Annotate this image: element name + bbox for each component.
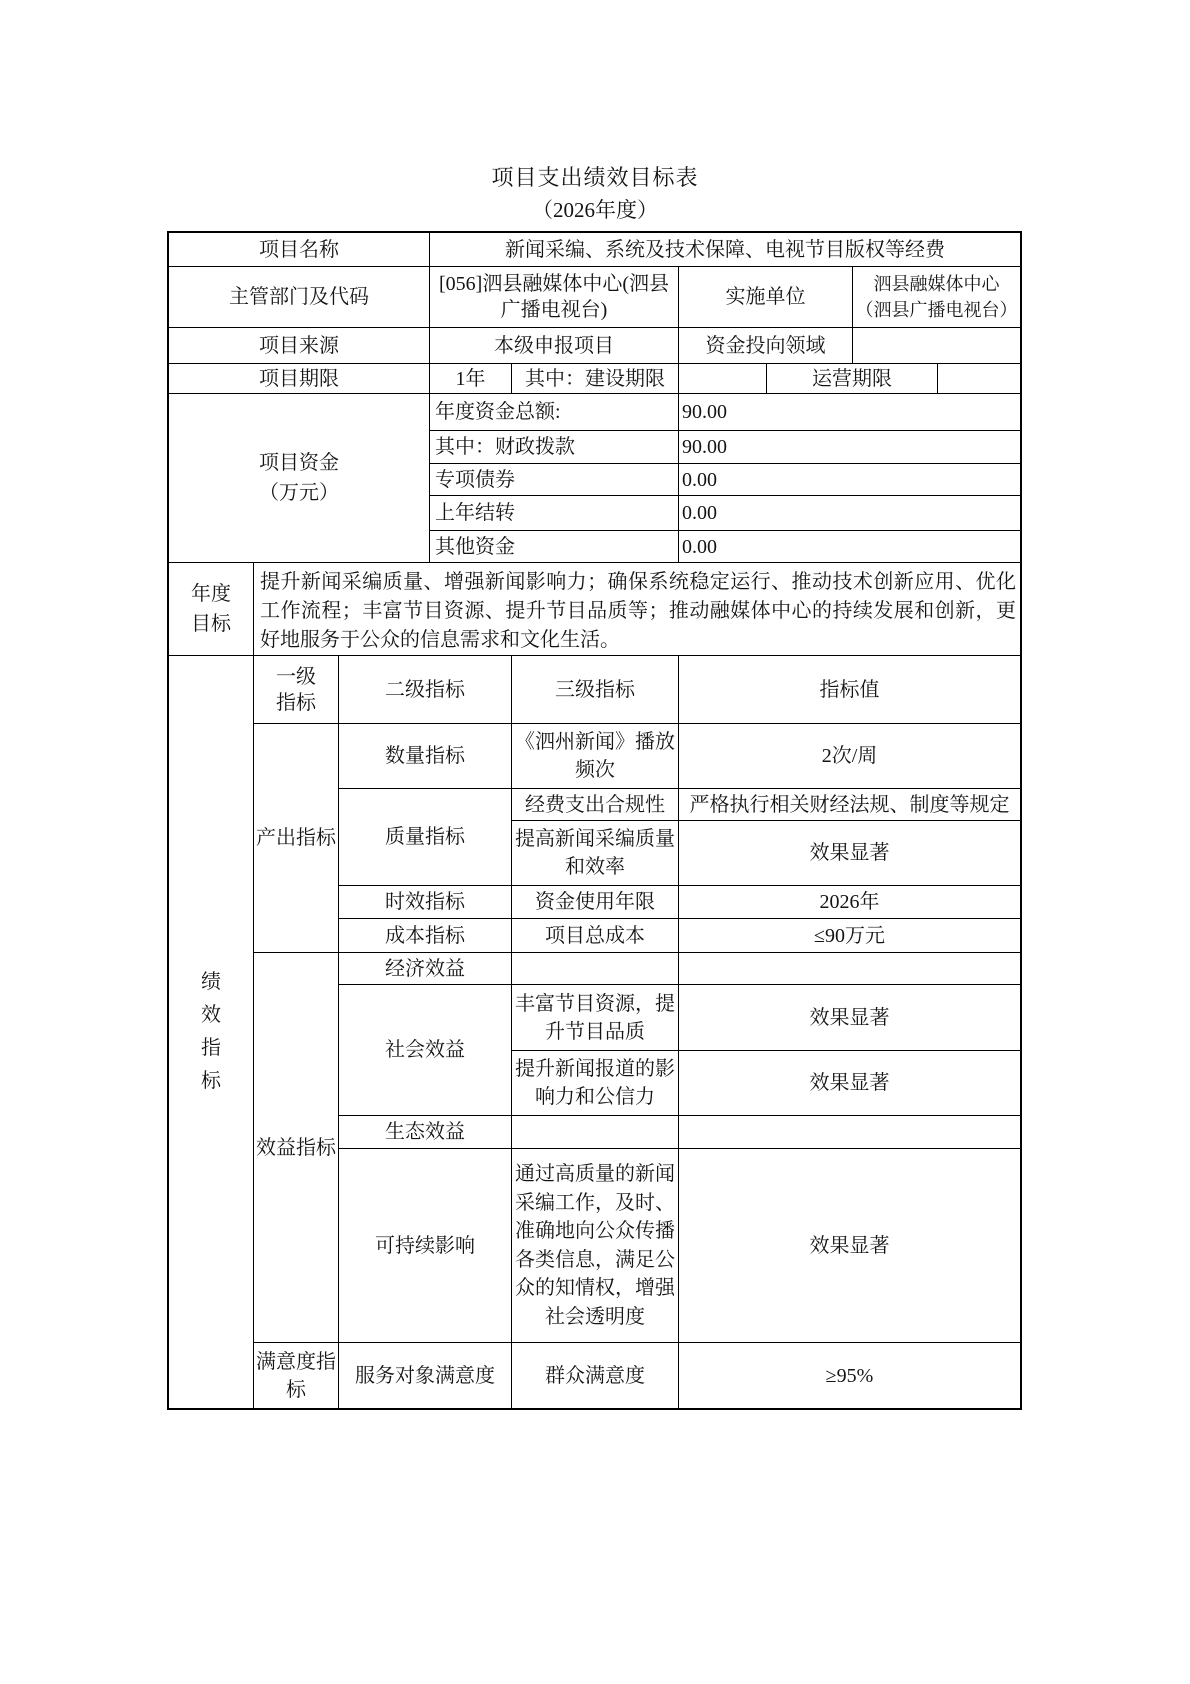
- cell-implementer-value: 泗县融媒体中心 （泗县广播电视台）: [853, 267, 1020, 328]
- text-line: 标: [201, 1065, 221, 1098]
- cell-fund-value-carryover: 0.00: [679, 496, 1020, 531]
- cell-fund-value-other: 0.00: [679, 531, 1020, 563]
- text-line: 升节目品质: [545, 1018, 645, 1046]
- cell-fund-area-label: 资金投向领域: [679, 328, 853, 364]
- cell-performance-section-label: 绩 效 指 标: [169, 656, 254, 1408]
- cell-source-label: 项目来源: [169, 328, 430, 364]
- cell-sustainable-label: 可持续影响: [339, 1149, 512, 1343]
- cell-timeliness-value: 2026年: [679, 886, 1020, 919]
- cell-quality-value-2: 效果显著: [679, 821, 1020, 886]
- cell-ecological-label: 生态效益: [339, 1116, 512, 1149]
- performance-target-table: 项目名称 新闻采编、系统及技术保障、电视节目版权等经费 主管部门及代码 [056…: [167, 231, 1022, 1410]
- text-line: [056]泗县融媒体中心(泗县: [439, 271, 669, 297]
- text-line: （万元）: [259, 478, 339, 508]
- cell-fund-value-fiscal: 90.00: [679, 431, 1020, 464]
- cell-header-level3: 三级指标: [512, 656, 679, 724]
- text-line: 标: [286, 1376, 306, 1404]
- cell-cost-label: 成本指标: [339, 919, 512, 953]
- cell-social-indicator-1: 丰富节目资源，提 升节目品质: [512, 985, 679, 1051]
- cell-social-indicator-2: 提升新闻报道的影 响力和公信力: [512, 1051, 679, 1116]
- cell-quantity-label: 数量指标: [339, 724, 512, 789]
- text-line: 效: [201, 999, 221, 1032]
- cell-economic-value: [679, 953, 1020, 985]
- cell-cost-indicator: 项目总成本: [512, 919, 679, 953]
- cell-oper-period-label: 运营期限: [767, 364, 938, 394]
- cell-period-value: 1年: [430, 364, 512, 394]
- text-line: 和效率: [565, 853, 625, 881]
- text-line: 采编工作，及时、: [515, 1189, 675, 1218]
- text-line: 准确地向公众传播: [515, 1217, 675, 1246]
- cell-quantity-indicator: 《泗州新闻》播放 频次: [512, 724, 679, 789]
- cell-build-period-label: 其中：建设期限: [512, 364, 679, 394]
- cell-quality-label: 质量指标: [339, 789, 512, 886]
- cell-fund-name-total: 年度资金总额:: [430, 394, 679, 431]
- cell-funds-label: 项目资金 （万元）: [169, 394, 430, 563]
- document-page: 项目支出绩效目标表 （2026年度） 项目名称 新闻采编、系统及技术保障、电视节…: [0, 0, 1190, 1684]
- cell-ecological-indicator: [512, 1116, 679, 1149]
- text-line: 《泗州新闻》播放: [515, 728, 675, 756]
- text-line: 各类信息，满足公: [515, 1246, 675, 1275]
- cell-quality-value-1: 严格执行相关财经法规、制度等规定: [679, 789, 1020, 821]
- cell-project-name-value: 新闻采编、系统及技术保障、电视节目版权等经费: [430, 233, 1020, 267]
- cell-department-label: 主管部门及代码: [169, 267, 430, 328]
- text-line: 目标: [191, 609, 231, 639]
- cell-header-level1: 一级 指标: [254, 656, 339, 724]
- cell-quality-indicator-1: 经费支出合规性: [512, 789, 679, 821]
- text-line: 项目资金: [259, 448, 339, 478]
- cell-implementer-label: 实施单位: [679, 267, 853, 328]
- cell-fund-area-value: [853, 328, 1020, 364]
- cell-sustainable-value: 效果显著: [679, 1149, 1020, 1343]
- cell-quality-indicator-2: 提高新闻采编质量 和效率: [512, 821, 679, 886]
- cell-source-value: 本级申报项目: [430, 328, 679, 364]
- cell-social-value-2: 效果显著: [679, 1051, 1020, 1116]
- cell-timeliness-indicator: 资金使用年限: [512, 886, 679, 919]
- text-line: 泗县融媒体中心: [874, 271, 1000, 297]
- cell-fund-name-other: 其他资金: [430, 531, 679, 563]
- document-title: 项目支出绩效目标表: [0, 161, 1190, 192]
- cell-social-value-1: 效果显著: [679, 985, 1020, 1051]
- cell-social-label: 社会效益: [339, 985, 512, 1116]
- cell-build-period-value: [679, 364, 767, 394]
- text-line: （泗县广播电视台）: [856, 297, 1018, 323]
- cell-header-value: 指标值: [679, 656, 1020, 724]
- text-line: 指标: [276, 690, 316, 716]
- cell-fund-value-total: 90.00: [679, 394, 1020, 431]
- cell-satisfaction-value: ≥95%: [679, 1343, 1020, 1408]
- cell-period-label: 项目期限: [169, 364, 430, 394]
- cell-cost-value: ≤90万元: [679, 919, 1020, 953]
- cell-economic-label: 经济效益: [339, 953, 512, 985]
- cell-output-label: 产出指标: [254, 724, 339, 953]
- cell-timeliness-label: 时效指标: [339, 886, 512, 919]
- text-line: 丰富节目资源，提: [515, 990, 675, 1018]
- document-subtitle: （2026年度）: [0, 194, 1190, 224]
- cell-fund-name-carryover: 上年结转: [430, 496, 679, 531]
- text-line: 众的知情权，增强: [515, 1274, 675, 1303]
- text-line: 广播电视台): [501, 297, 608, 323]
- text-line: 绩: [201, 966, 221, 999]
- text-line: 满意度指: [256, 1348, 336, 1376]
- cell-fund-name-fiscal: 其中：财政拨款: [430, 431, 679, 464]
- text-line: 通过高质量的新闻: [515, 1160, 675, 1189]
- cell-oper-period-value: [938, 364, 1020, 394]
- cell-economic-indicator: [512, 953, 679, 985]
- cell-satisfaction-level2: 服务对象满意度: [339, 1343, 512, 1408]
- cell-annual-goal-text: 提升新闻采编质量、增强新闻影响力；确保系统稳定运行、推动技术创新应用、优化工作流…: [254, 563, 1020, 656]
- text-line: 频次: [575, 756, 615, 784]
- text-line: 指: [201, 1032, 221, 1065]
- cell-annual-goal-label: 年度 目标: [169, 563, 254, 656]
- text-line: 提高新闻采编质量: [515, 825, 675, 853]
- text-line: 响力和公信力: [535, 1083, 655, 1111]
- cell-project-name-label: 项目名称: [169, 233, 430, 267]
- cell-quantity-value: 2次/周: [679, 724, 1020, 789]
- text-line: 社会透明度: [545, 1303, 645, 1332]
- cell-header-level2: 二级指标: [339, 656, 512, 724]
- cell-fund-value-bond: 0.00: [679, 464, 1020, 496]
- text-line: 提升新闻报道的影: [515, 1055, 675, 1083]
- cell-satisfaction-indicator: 群众满意度: [512, 1343, 679, 1408]
- cell-satisfaction-label: 满意度指 标: [254, 1343, 339, 1408]
- cell-sustainable-indicator: 通过高质量的新闻 采编工作，及时、 准确地向公众传播 各类信息，满足公 众的知情…: [512, 1149, 679, 1343]
- cell-ecological-value: [679, 1116, 1020, 1149]
- text-line: 一级: [276, 664, 316, 690]
- text-line: 年度: [191, 579, 231, 609]
- cell-fund-name-bond: 专项债券: [430, 464, 679, 496]
- cell-benefit-label: 效益指标: [254, 953, 339, 1343]
- cell-department-value: [056]泗县融媒体中心(泗县 广播电视台): [430, 267, 679, 328]
